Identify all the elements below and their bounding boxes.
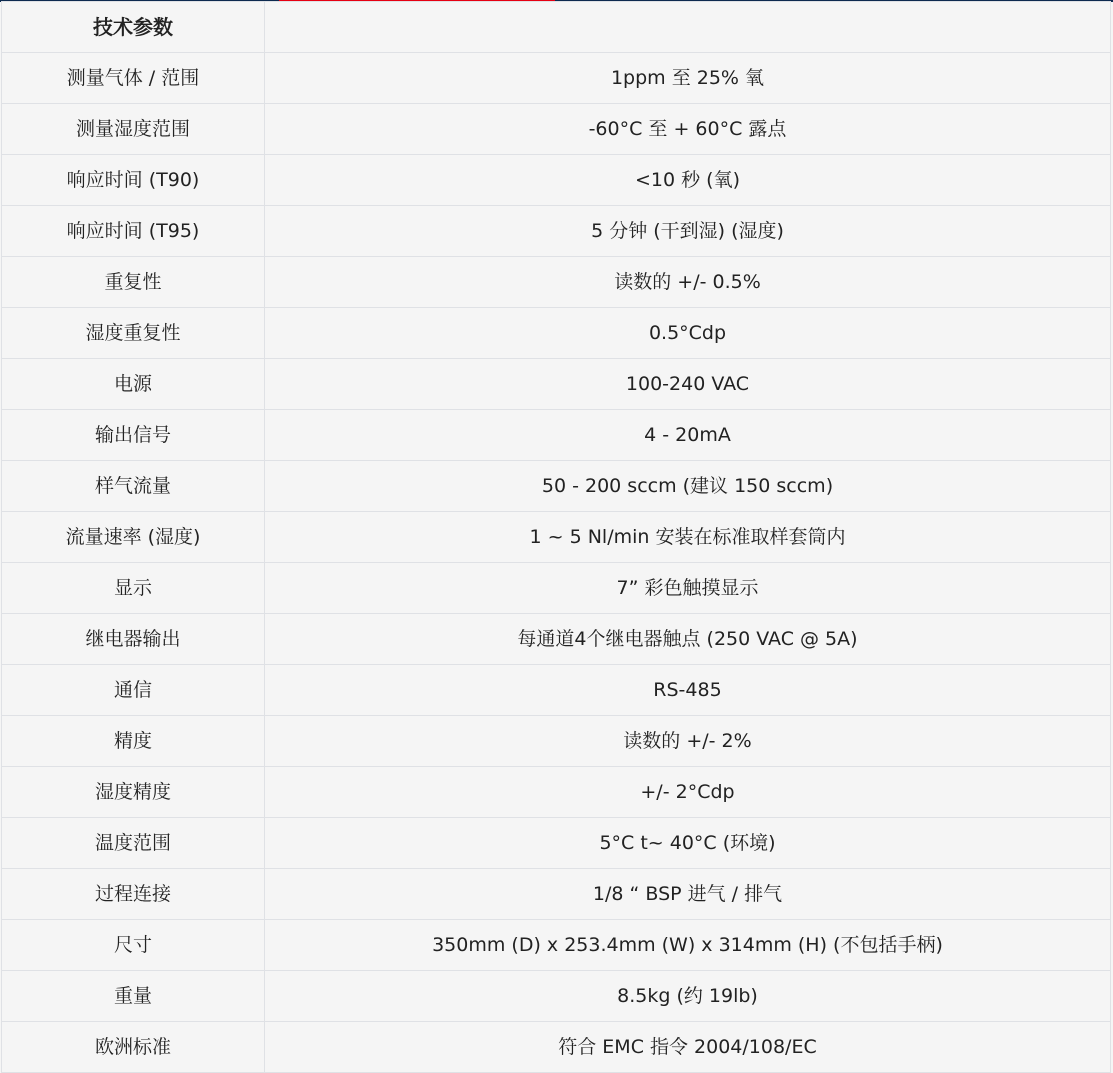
table-row: 样气流量 50 - 200 sccm (建议 150 sccm): [2, 461, 1111, 512]
table-row: 响应时间 (T90) <10 秒 (氧): [2, 155, 1111, 206]
row-value: 5°C t~ 40°C (环境): [265, 818, 1111, 869]
table-header-value: [265, 2, 1111, 53]
table-row: 测量湿度范围 -60°C 至 + 60°C 露点: [2, 104, 1111, 155]
row-label: 欧洲标准: [2, 1022, 265, 1073]
table-row: 湿度重复性 0.5°Cdp: [2, 308, 1111, 359]
row-value: 1ppm 至 25% 氧: [265, 53, 1111, 104]
table-row: 欧洲标准 符合 EMC 指令 2004/108/EC: [2, 1022, 1111, 1073]
row-label: 通信: [2, 665, 265, 716]
row-value: <10 秒 (氧): [265, 155, 1111, 206]
row-value: +/- 2°Cdp: [265, 767, 1111, 818]
row-value: 1/8 “ BSP 进气 / 排气: [265, 869, 1111, 920]
row-value: 4 - 20mA: [265, 410, 1111, 461]
table-row: 精度 读数的 +/- 2%: [2, 716, 1111, 767]
table-row: 湿度精度 +/- 2°Cdp: [2, 767, 1111, 818]
row-label: 显示: [2, 563, 265, 614]
row-value: 50 - 200 sccm (建议 150 sccm): [265, 461, 1111, 512]
row-value: 100-240 VAC: [265, 359, 1111, 410]
row-label: 温度范围: [2, 818, 265, 869]
table-row: 流量速率 (湿度) 1 ~ 5 Nl/min 安装在标准取样套筒内: [2, 512, 1111, 563]
row-value: 读数的 +/- 0.5%: [265, 257, 1111, 308]
table-row: 继电器输出 每通道4个继电器触点 (250 VAC @ 5A): [2, 614, 1111, 665]
row-label: 继电器输出: [2, 614, 265, 665]
row-value: RS-485: [265, 665, 1111, 716]
row-value: 350mm (D) x 253.4mm (W) x 314mm (H) (不包括…: [265, 920, 1111, 971]
table-row: 输出信号 4 - 20mA: [2, 410, 1111, 461]
table-row: 通信 RS-485: [2, 665, 1111, 716]
row-label: 输出信号: [2, 410, 265, 461]
row-label: 过程连接: [2, 869, 265, 920]
row-label: 测量湿度范围: [2, 104, 265, 155]
row-value: 1 ~ 5 Nl/min 安装在标准取样套筒内: [265, 512, 1111, 563]
row-label: 重量: [2, 971, 265, 1022]
row-label: 重复性: [2, 257, 265, 308]
table-row: 响应时间 (T95) 5 分钟 (干到湿) (湿度): [2, 206, 1111, 257]
spec-table: 技术参数 测量气体 / 范围 1ppm 至 25% 氧 测量湿度范围 -60°C…: [1, 1, 1111, 1073]
table-row: 过程连接 1/8 “ BSP 进气 / 排气: [2, 869, 1111, 920]
row-label: 尺寸: [2, 920, 265, 971]
row-label: 电源: [2, 359, 265, 410]
table-row: 温度范围 5°C t~ 40°C (环境): [2, 818, 1111, 869]
table-row: 显示 7” 彩色触摸显示: [2, 563, 1111, 614]
row-label: 流量速率 (湿度): [2, 512, 265, 563]
row-value: 0.5°Cdp: [265, 308, 1111, 359]
row-label: 响应时间 (T90): [2, 155, 265, 206]
table-row: 测量气体 / 范围 1ppm 至 25% 氧: [2, 53, 1111, 104]
row-value: 8.5kg (约 19lb): [265, 971, 1111, 1022]
row-value: -60°C 至 + 60°C 露点: [265, 104, 1111, 155]
row-value: 5 分钟 (干到湿) (湿度): [265, 206, 1111, 257]
row-label: 响应时间 (T95): [2, 206, 265, 257]
row-label: 精度: [2, 716, 265, 767]
table-row: 尺寸 350mm (D) x 253.4mm (W) x 314mm (H) (…: [2, 920, 1111, 971]
row-value: 符合 EMC 指令 2004/108/EC: [265, 1022, 1111, 1073]
row-value: 每通道4个继电器触点 (250 VAC @ 5A): [265, 614, 1111, 665]
table-header-row: 技术参数: [2, 2, 1111, 53]
table-header-title: 技术参数: [2, 2, 265, 53]
row-value: 读数的 +/- 2%: [265, 716, 1111, 767]
row-label: 湿度精度: [2, 767, 265, 818]
row-value: 7” 彩色触摸显示: [265, 563, 1111, 614]
row-label: 湿度重复性: [2, 308, 265, 359]
table-row: 重复性 读数的 +/- 0.5%: [2, 257, 1111, 308]
table-row: 重量 8.5kg (约 19lb): [2, 971, 1111, 1022]
row-label: 测量气体 / 范围: [2, 53, 265, 104]
table-row: 电源 100-240 VAC: [2, 359, 1111, 410]
row-label: 样气流量: [2, 461, 265, 512]
